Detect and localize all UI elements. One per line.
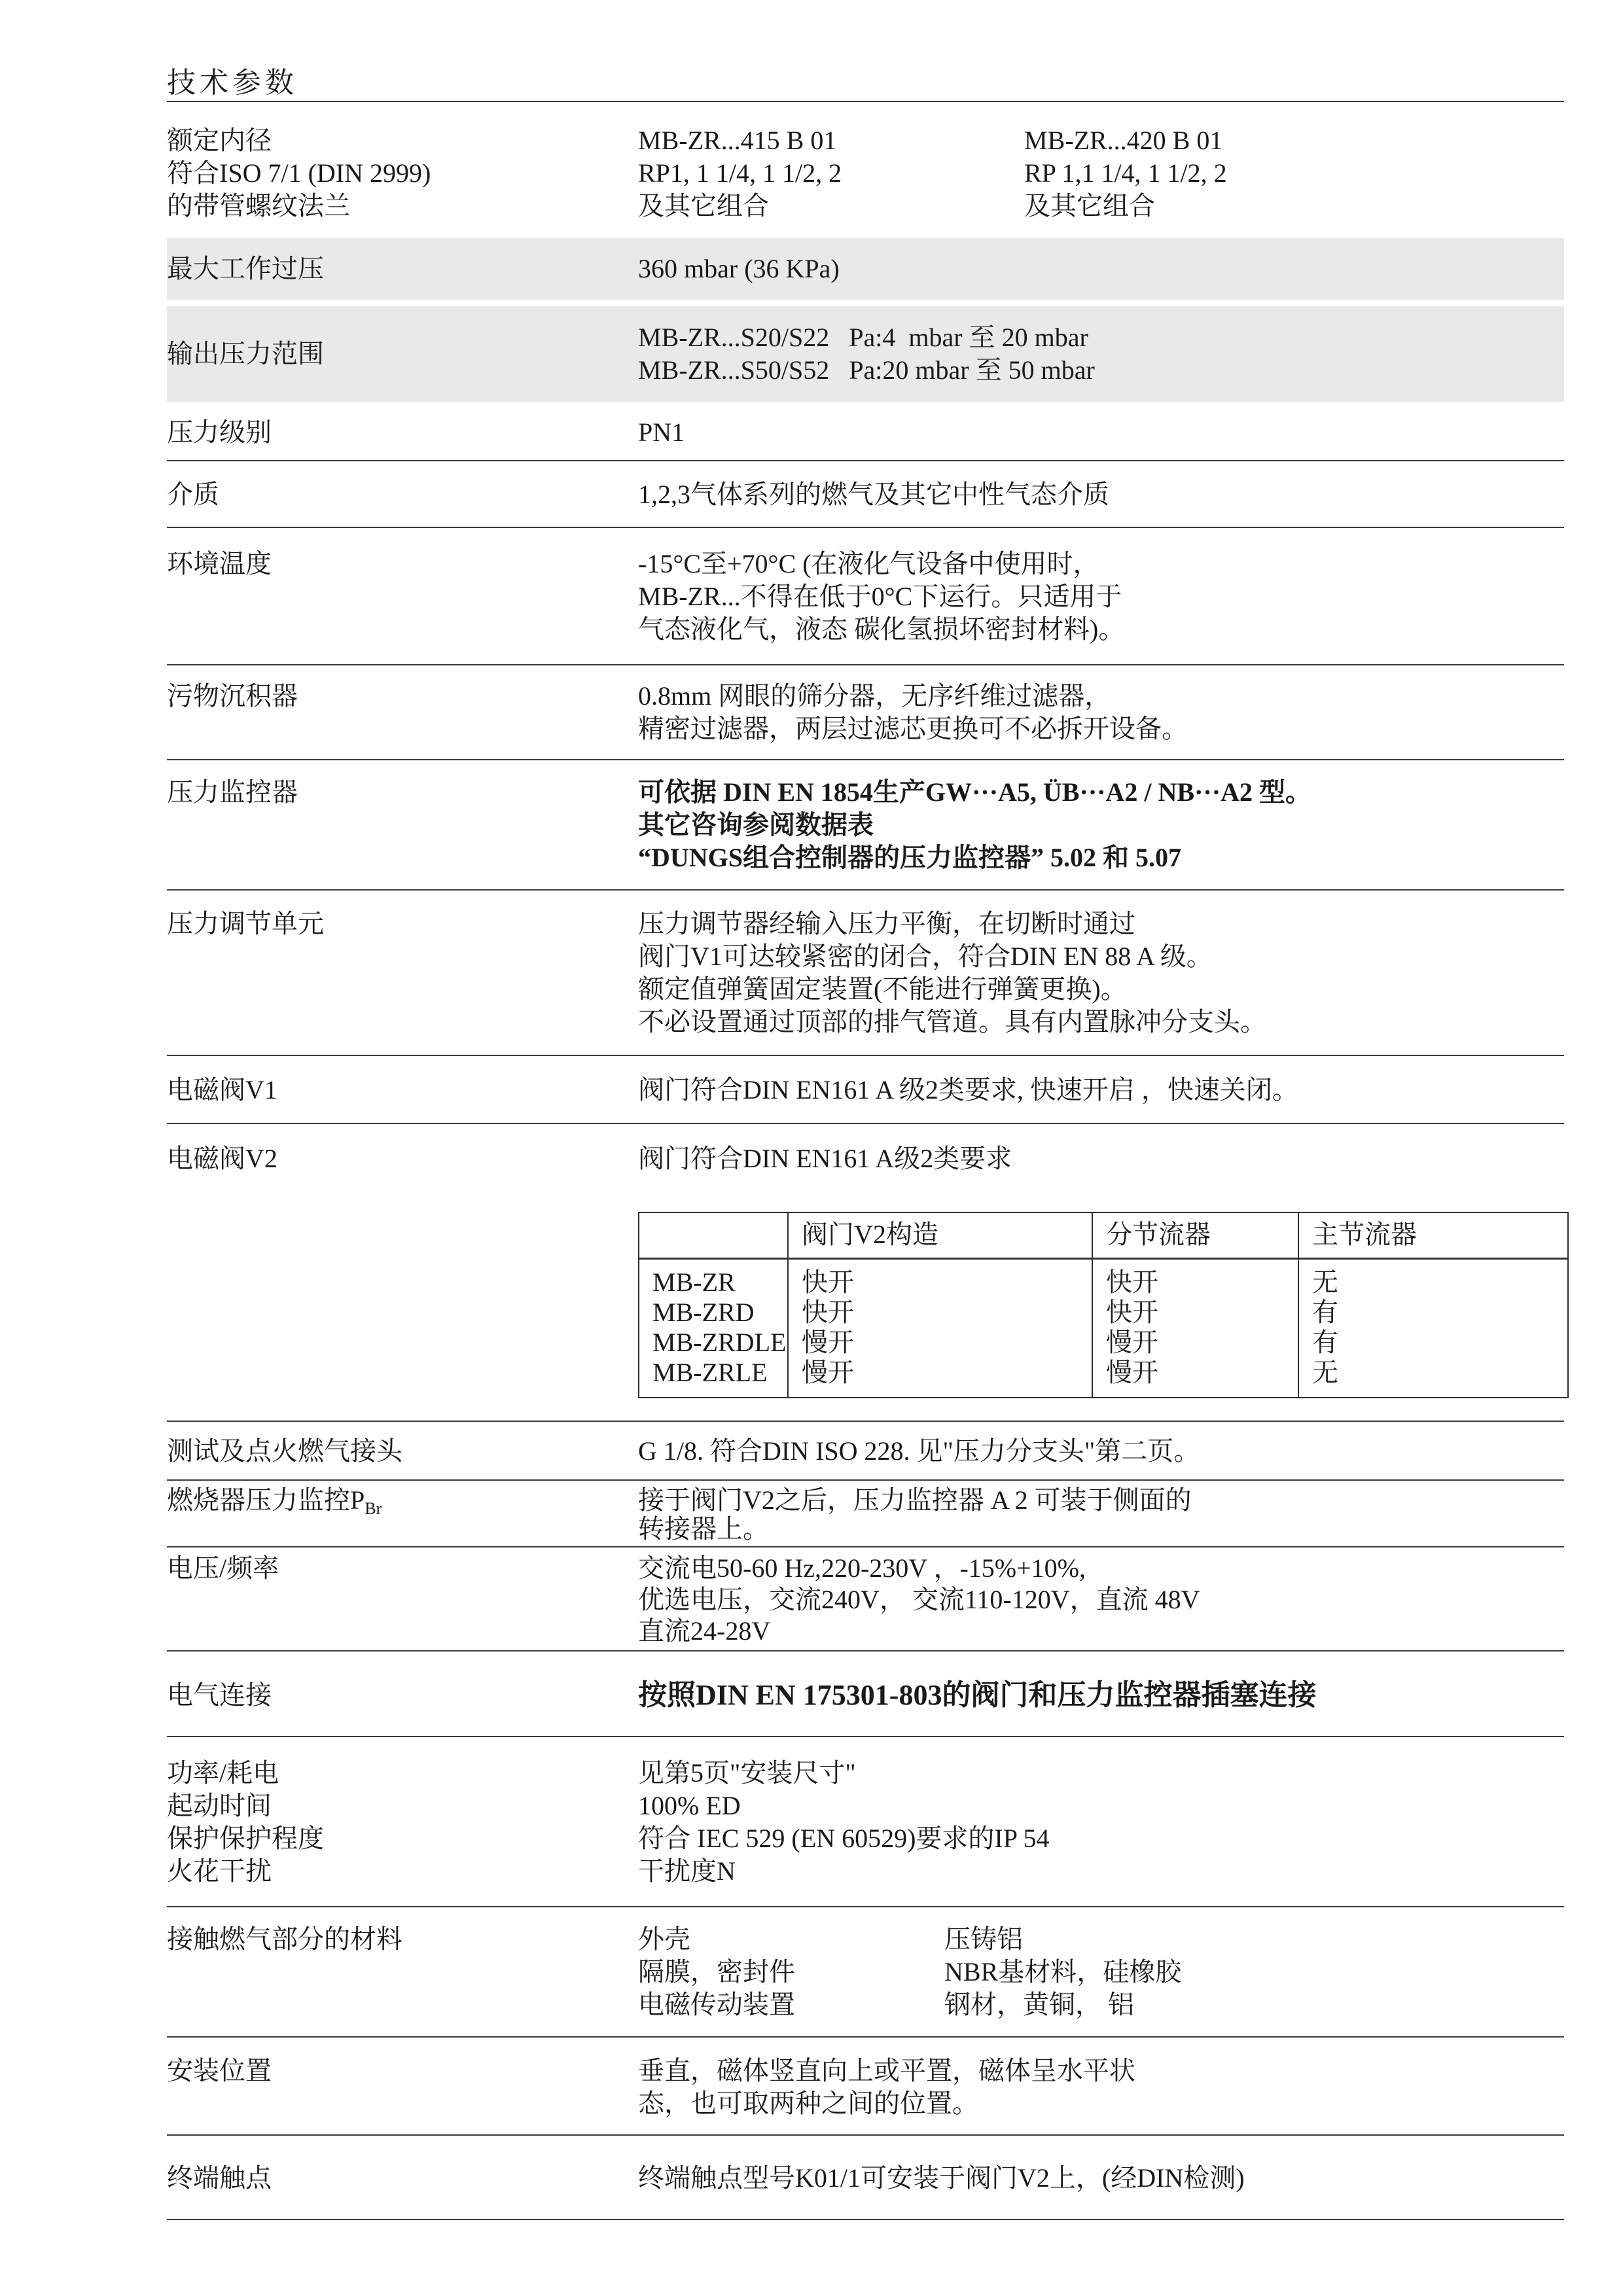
row-electrical-connection: 电气连接 按照DIN EN 175301-803的阀门和压力监控器插塞连接 xyxy=(167,1651,1564,1737)
table-row: MB-ZRDLE 慢开 慢开 有 xyxy=(639,1328,1568,1358)
table-cell: 快开 xyxy=(1092,1298,1298,1328)
row-values: 终端触点型号K01/1可安装于阀门V2上，(经DIN检测) xyxy=(638,2162,1564,2195)
row-label: 最大工作过压 xyxy=(167,253,638,285)
row-values: 外壳 压铸铝 隔膜，密封件 NBR基材料，硅橡胶 电磁传动装置 钢材，黄铜， 铝 xyxy=(638,1923,1564,2021)
table-header-row: 阀门V2构造 分节流器 主节流器 xyxy=(639,1212,1568,1259)
spec-sheet: 技术参数 额定内径 符合ISO 7/1 (DIN 2999) 的带管螺纹法兰 M… xyxy=(167,0,1564,2220)
table-header-sub-restrictor: 分节流器 xyxy=(1092,1212,1298,1259)
row-values: 压力调节器经输入压力平衡，在切断时通过 阀门V1可达较紧密的闭合，符合DIN E… xyxy=(638,908,1564,1038)
row-values: 阀门符合DIN EN161 A 级2类要求, 快速开启 ，快速关闭。 xyxy=(638,1074,1564,1106)
table-cell: 无 xyxy=(1298,1358,1568,1398)
table-row: MB-ZRD 快开 快开 有 xyxy=(639,1298,1568,1328)
row-burner-pressure-monitor: 燃烧器压力监控PBr 接于阀门V2之后，压力监控器 A 2 可装于侧面的 转接器… xyxy=(167,1481,1564,1547)
table-row: MB-ZRLE 慢开 慢开 无 xyxy=(639,1358,1568,1398)
row-nominal-diameter: 额定内径 符合ISO 7/1 (DIN 2999) 的带管螺纹法兰 MB-ZR.… xyxy=(167,102,1564,238)
row-label: 介质 xyxy=(167,478,638,511)
row-pressure-monitor: 压力监控器 可依据 DIN EN 1854生产GW···A5, ÜB···A2 … xyxy=(167,760,1564,891)
row-values: 按照DIN EN 175301-803的阀门和压力监控器插塞连接 xyxy=(638,1678,1564,1713)
row-label: 压力监控器 xyxy=(167,776,638,874)
table-cell: 有 xyxy=(1298,1328,1568,1358)
table-cell-model: MB-ZR xyxy=(639,1259,788,1298)
table-cell: 快开 xyxy=(788,1298,1092,1328)
table-row: MB-ZR 快开 快开 无 xyxy=(639,1259,1568,1298)
table-cell-model: MB-ZRLE xyxy=(639,1358,788,1398)
row-label: 燃烧器压力监控PBr xyxy=(167,1486,638,1544)
row-dirt-trap: 污物沉积器 0.8mm 网眼的筛分器，无序纤维过滤器， 精密过滤器，两层过滤芯更… xyxy=(167,665,1564,760)
page-title: 技术参数 xyxy=(167,65,1564,101)
table-cell: 无 xyxy=(1298,1259,1568,1298)
row-values: 可依据 DIN EN 1854生产GW···A5, ÜB···A2 / NB··… xyxy=(638,776,1564,874)
row-values: MB-ZR...S20/S22 Pa:4 mbar 至 20 mbar MB-Z… xyxy=(638,321,1564,387)
row-values: 360 mbar (36 KPa) xyxy=(638,253,1564,285)
table-cell: 慢开 xyxy=(1092,1358,1298,1398)
row-ambient-temperature: 环境温度 -15°C至+70°C (在液化气设备中使用时， MB-ZR...不得… xyxy=(167,528,1564,665)
row-gas-contact-materials: 接触燃气部分的材料 外壳 压铸铝 隔膜，密封件 NBR基材料，硅橡胶 电磁传动装… xyxy=(167,1907,1564,2038)
row-values: MB-ZR...415 B 01 RP1, 1 1/4, 1 1/2, 2 及其… xyxy=(638,124,1564,222)
table-cell-model: MB-ZRD xyxy=(639,1298,788,1328)
row-voltage-frequency: 电压/频率 交流电50-60 Hz,220-230V ，-15%+10%, 优选… xyxy=(167,1547,1564,1651)
row-label: 污物沉积器 xyxy=(167,680,638,745)
label-subscript: Br xyxy=(365,1499,382,1518)
table-cell: 慢开 xyxy=(788,1328,1092,1358)
row-values: 1,2,3气体系列的燃气及其它中性气态介质 xyxy=(638,478,1564,511)
table-cell: 慢开 xyxy=(788,1358,1092,1398)
row-label: 接触燃气部分的材料 xyxy=(167,1923,638,2021)
row-max-working-pressure: 最大工作过压 360 mbar (36 KPa) xyxy=(167,238,1564,300)
row-pressure-regulator-unit: 压力调节单元 压力调节器经输入压力平衡，在切断时通过 阀门V1可达较紧密的闭合，… xyxy=(167,891,1564,1056)
row-values: 阀门符合DIN EN161 A级2类要求 阀门V2构造 分节流器 主节流器 MB… xyxy=(638,1142,1564,1398)
v2-config-table: 阀门V2构造 分节流器 主节流器 MB-ZR 快开 快开 无 MB-ZRD 快开 xyxy=(638,1212,1569,1398)
label-text: 燃烧器压力监控P xyxy=(167,1485,365,1515)
row-values: 交流电50-60 Hz,220-230V ，-15%+10%, 优选电压，交流2… xyxy=(638,1553,1564,1647)
row-values: G 1/8. 符合DIN ISO 228. 见"压力分支头"第二页。 xyxy=(638,1435,1564,1468)
row-label: 压力级别 xyxy=(167,416,638,449)
material-row-housing: 外壳 压铸铝 xyxy=(638,1923,1564,1956)
row-values: -15°C至+70°C (在液化气设备中使用时， MB-ZR...不得在低于0°… xyxy=(638,548,1564,646)
row-label: 环境温度 xyxy=(167,548,638,646)
row-output-pressure-range: 输出压力范围 MB-ZR...S20/S22 Pa:4 mbar 至 20 mb… xyxy=(167,306,1564,402)
row-values: 垂直，磁体竖直向上或平置，磁体呈水平状 态，也可取两种之间的位置。 xyxy=(638,2055,1564,2120)
page-title-block: 技术参数 xyxy=(167,0,1564,102)
band-divider xyxy=(167,300,1564,306)
variant-415-column: MB-ZR...415 B 01 RP1, 1 1/4, 1 1/2, 2 及其… xyxy=(638,124,1024,222)
row-test-ignition-gas-connection: 测试及点火燃气接头 G 1/8. 符合DIN ISO 228. 见"压力分支头"… xyxy=(167,1422,1564,1481)
row-power-duty-protection-interference: 功率/耗电 起动时间 保护保护程度 火花干扰 见第5页"安装尺寸" 100% E… xyxy=(167,1737,1564,1907)
table-cell: 有 xyxy=(1298,1298,1568,1328)
row-label: 测试及点火燃气接头 xyxy=(167,1435,638,1468)
row-installation-position: 安装位置 垂直，磁体竖直向上或平置，磁体呈水平状 态，也可取两种之间的位置。 xyxy=(167,2038,1564,2136)
table-header-main-restrictor: 主节流器 xyxy=(1298,1212,1568,1259)
row-medium: 介质 1,2,3气体系列的燃气及其它中性气态介质 xyxy=(167,461,1564,528)
row-values: 接于阀门V2之后，压力监控器 A 2 可装于侧面的 转接器上。 xyxy=(638,1486,1564,1544)
row-label: 输出压力范围 xyxy=(167,338,638,370)
row-label: 电磁阀V2 xyxy=(167,1142,638,1398)
row-label: 额定内径 符合ISO 7/1 (DIN 2999) 的带管螺纹法兰 xyxy=(167,124,638,222)
table-header-empty xyxy=(639,1212,788,1259)
material-row-diaphragm-seals: 隔膜，密封件 NBR基材料，硅橡胶 xyxy=(638,1956,1564,1988)
row-label: 功率/耗电 起动时间 保护保护程度 火花干扰 xyxy=(167,1757,638,1888)
row-values: 见第5页"安装尺寸" 100% ED 符合 IEC 529 (EN 60529)… xyxy=(638,1757,1564,1888)
row-label: 安装位置 xyxy=(167,2055,638,2120)
row-label: 终端触点 xyxy=(167,2162,638,2195)
table-cell: 快开 xyxy=(788,1259,1092,1298)
row-label: 电气连接 xyxy=(167,1678,638,1713)
table-cell: 快开 xyxy=(1092,1259,1298,1298)
table-cell-model: MB-ZRDLE xyxy=(639,1328,788,1358)
row-label: 电磁阀V1 xyxy=(167,1074,638,1106)
row-values: PN1 xyxy=(638,416,1564,449)
row-label: 电压/频率 xyxy=(167,1553,638,1647)
row-solenoid-valve-v2: 电磁阀V2 阀门符合DIN EN161 A级2类要求 阀门V2构造 分节流器 主… xyxy=(167,1124,1564,1422)
table-cell: 慢开 xyxy=(1092,1328,1298,1358)
variant-420-column: MB-ZR...420 B 01 RP 1,1 1/4, 1 1/2, 2 及其… xyxy=(1024,124,1564,222)
row-values: 0.8mm 网眼的筛分器，无序纤维过滤器， 精密过滤器，两层过滤芯更换可不必拆开… xyxy=(638,680,1564,745)
row-label: 压力调节单元 xyxy=(167,908,638,1038)
row-pressure-class: 压力级别 PN1 xyxy=(167,402,1564,461)
row-solenoid-valve-v1: 电磁阀V1 阀门符合DIN EN161 A 级2类要求, 快速开启 ，快速关闭。 xyxy=(167,1056,1564,1124)
row-end-contacts: 终端触点 终端触点型号K01/1可安装于阀门V2上，(经DIN检测) xyxy=(167,2136,1564,2220)
table-header-valve-v2-design: 阀门V2构造 xyxy=(788,1212,1092,1259)
material-row-solenoid-drive: 电磁传动装置 钢材，黄铜， 铝 xyxy=(638,1988,1564,2021)
